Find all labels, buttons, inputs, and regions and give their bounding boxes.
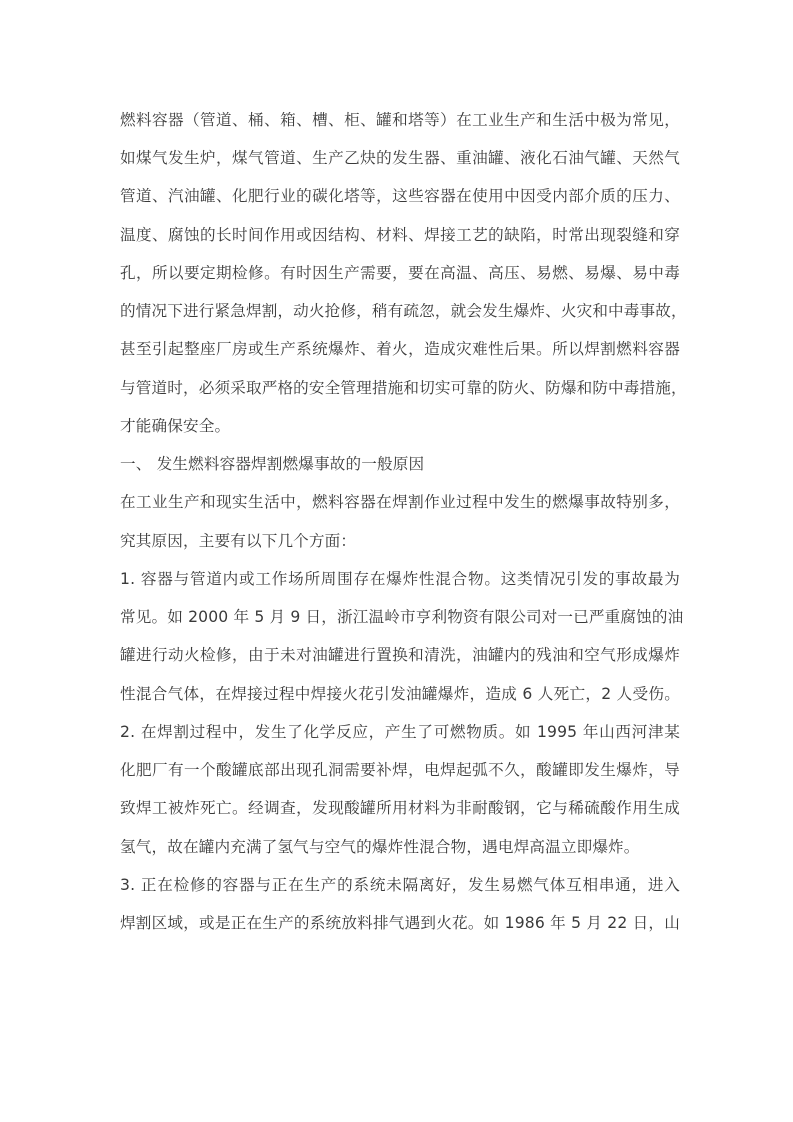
list-item-2-line-1: 2. 在焊割过程中，发生了化学反应，产生了可燃物质。如 1995 年山西河津某 <box>120 722 680 742</box>
paragraph-intro-line-3: 管道、汽油罐、化肥行业的碳化塔等，这些容器在使用中因受内部介质的压力、 <box>120 186 680 206</box>
list-item-1-line-1: 1. 容器与管道内或工作场所周围存在爆炸性混合物。这类情况引发的事故最为 <box>120 569 680 589</box>
paragraph-intro-line-2: 如煤气发生炉，煤气管道、生产乙炔的发生器、重油罐、液化石油气罐、天然气 <box>120 148 680 168</box>
list-item-2-line-4: 氢气，故在罐内充满了氢气与空气的爆炸性混合物，遇电焊高温立即爆炸。 <box>120 837 680 857</box>
paragraph-intro-line-9: 才能确保安全。 <box>120 416 680 436</box>
paragraph-intro-line-5: 孔，所以要定期检修。有时因生产需要，要在高温、高压、易燃、易爆、易中毒 <box>120 263 680 283</box>
document-page: 燃料容器（管道、桶、箱、槽、柜、罐和塔等）在工业生产和生活中极为常见， 如煤气发… <box>0 0 793 1122</box>
section-heading-1: 一、 发生燃料容器焊割燃爆事故的一般原因 <box>120 454 680 474</box>
paragraph-causes-line-2: 究其原因，主要有以下几个方面： <box>120 531 680 551</box>
paragraph-causes-line-1: 在工业生产和现实生活中，燃料容器在焊割作业过程中发生的燃爆事故特别多， <box>120 492 680 512</box>
paragraph-intro-line-7: 甚至引起整座厂房或生产系统爆炸、着火，造成灾难性后果。所以焊割燃料容器 <box>120 339 680 359</box>
list-item-2-line-3: 致焊工被炸死亡。经调查，发现酸罐所用材料为非耐酸钢，它与稀硫酸作用生成 <box>120 798 680 818</box>
list-item-1-line-2: 常见。如 2000 年 5 月 9 日，浙江温岭市亨利物资有限公司对一已严重腐蚀… <box>120 607 680 627</box>
list-item-3-line-2: 焊割区域，或是正在生产的系统放料排气遇到火花。如 1986 年 5 月 22 日… <box>120 913 680 933</box>
list-item-2-line-2: 化肥厂有一个酸罐底部出现孔洞需要补焊，电焊起弧不久，酸罐即发生爆炸，导 <box>120 760 680 780</box>
list-item-3-line-1: 3. 正在检修的容器与正在生产的系统未隔离好，发生易燃气体互相串通，进入 <box>120 875 680 895</box>
list-item-1-line-4: 性混合气体，在焊接过程中焊接火花引发油罐爆炸，造成 6 人死亡，2 人受伤。 <box>120 684 680 704</box>
paragraph-intro-line-1: 燃料容器（管道、桶、箱、槽、柜、罐和塔等）在工业生产和生活中极为常见， <box>120 110 680 130</box>
paragraph-intro-line-4: 温度、腐蚀的长时间作用或因结构、材料、焊接工艺的缺陷，时常出现裂缝和穿 <box>120 225 680 245</box>
paragraph-intro-line-8: 与管道时，必须采取严格的安全管理措施和切实可靠的防火、防爆和防中毒措施， <box>120 378 680 398</box>
list-item-1-line-3: 罐进行动火检修，由于未对油罐进行置换和清洗，油罐内的残油和空气形成爆炸 <box>120 645 680 665</box>
paragraph-intro-line-6: 的情况下进行紧急焊割，动火抢修，稍有疏忽，就会发生爆炸、火灾和中毒事故， <box>120 301 680 321</box>
